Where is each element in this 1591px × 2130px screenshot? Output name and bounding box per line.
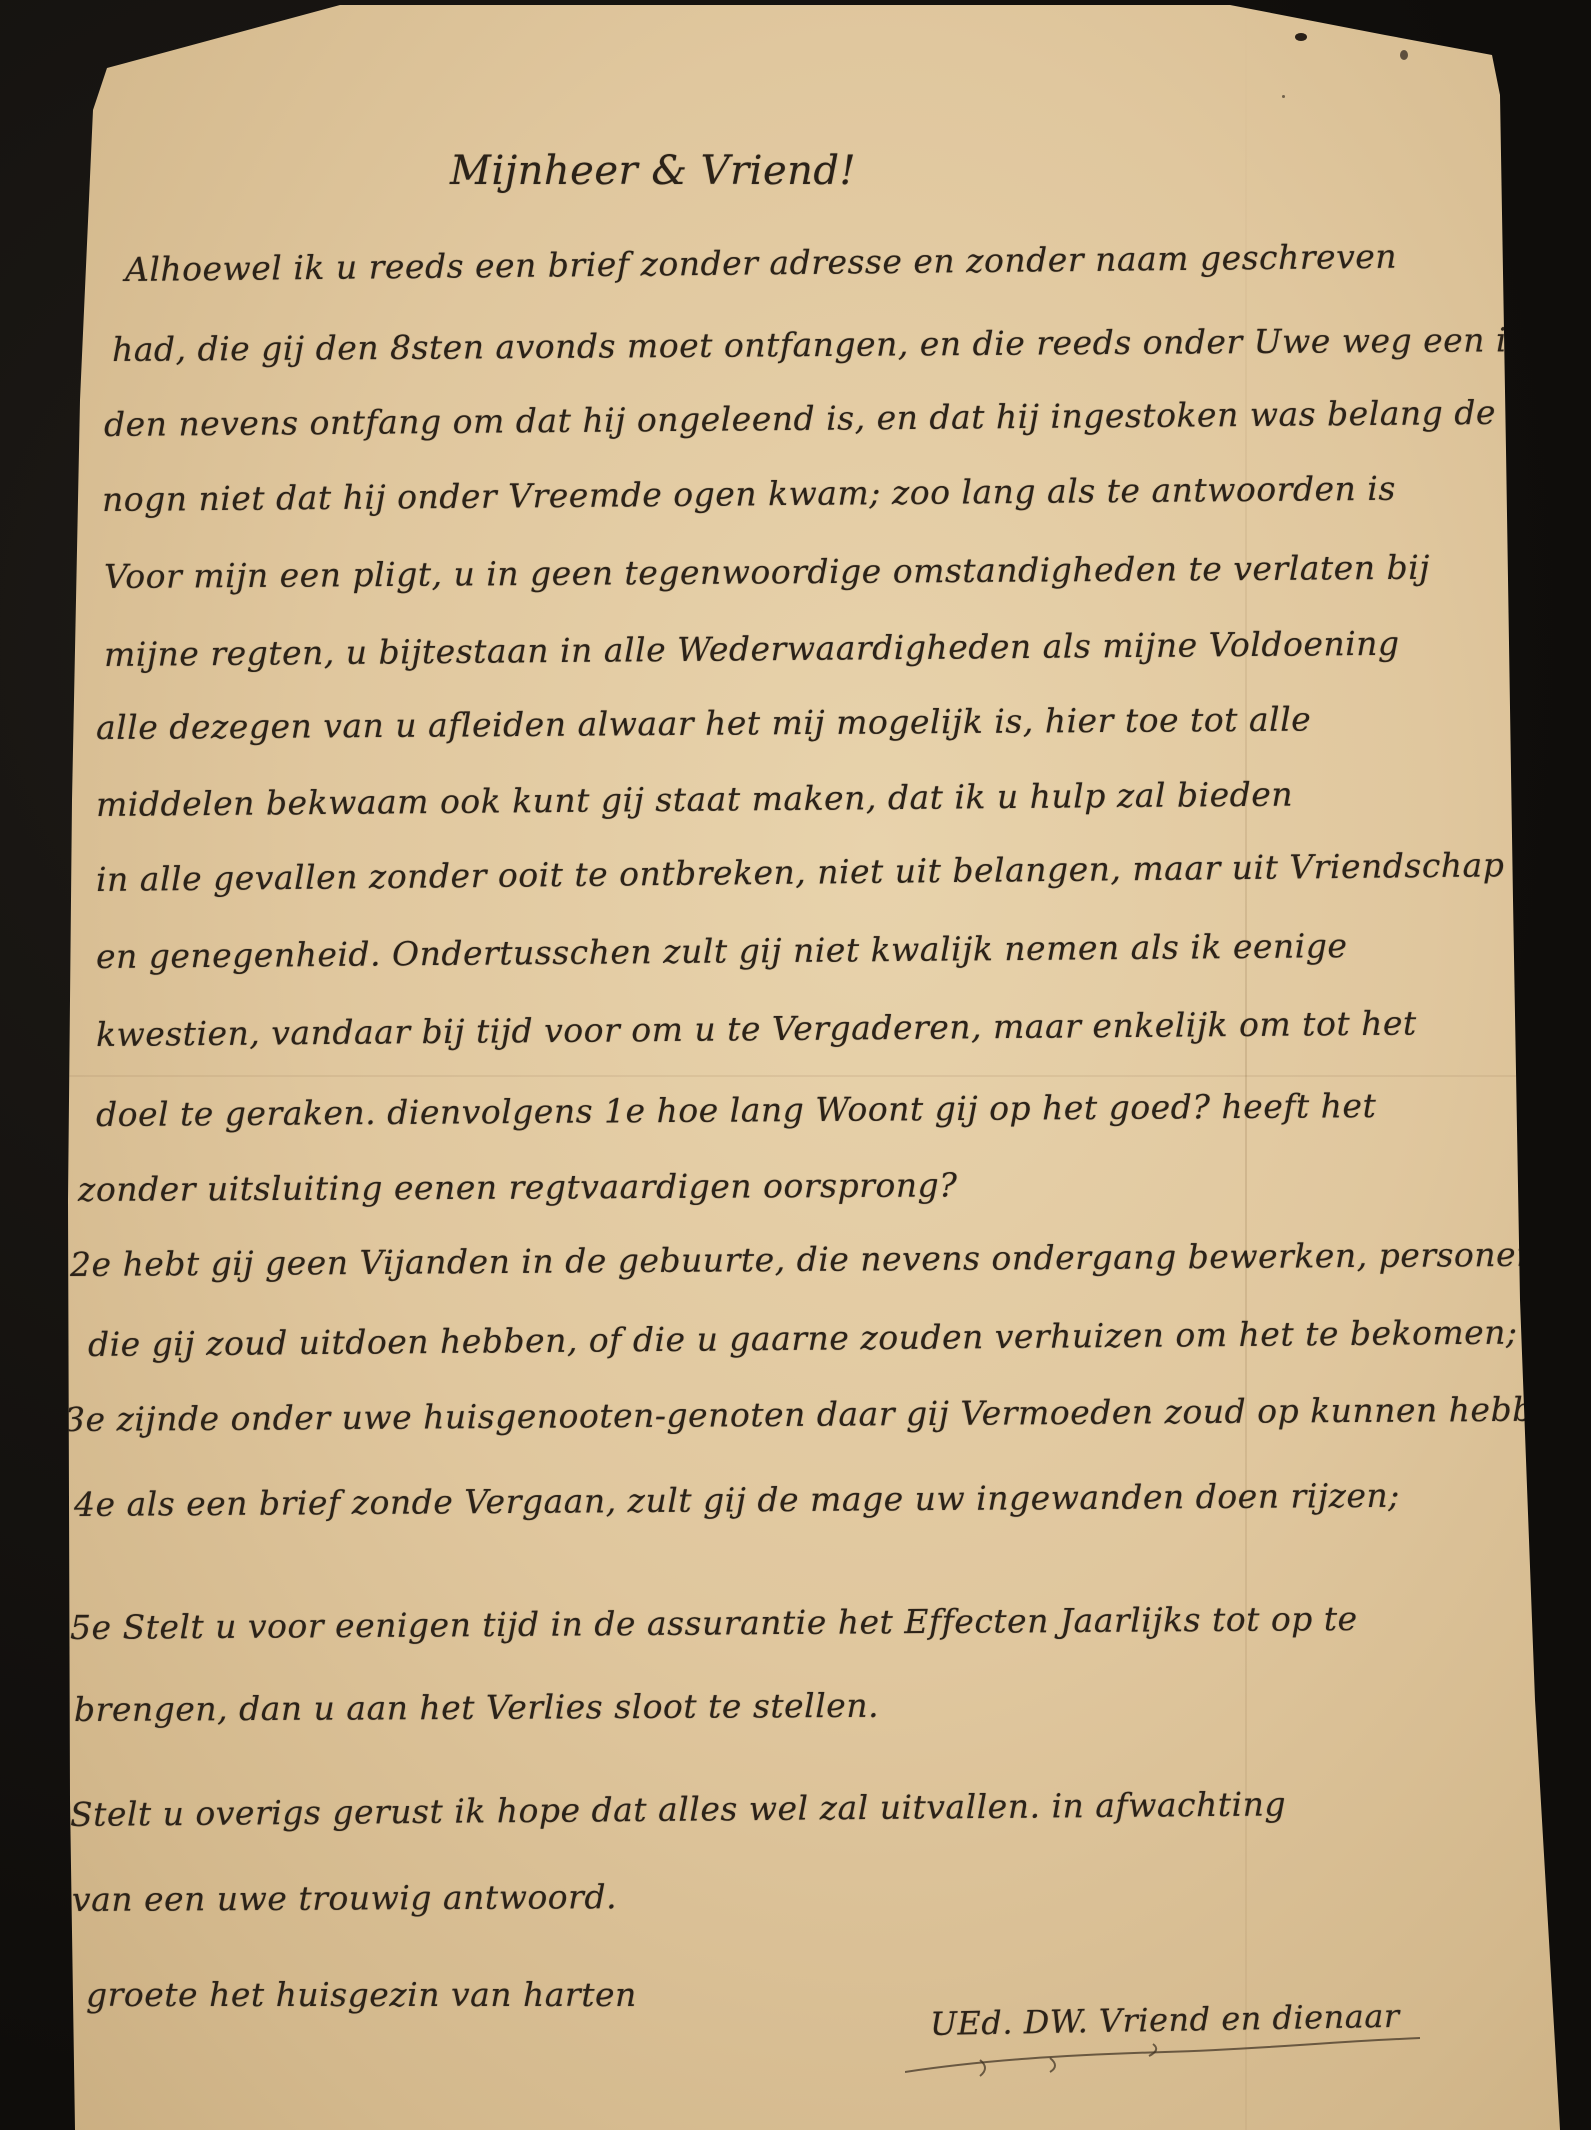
letter-sheet: Mijnheer & Vriend! Alhoewel ik u reeds e… xyxy=(0,0,1591,2130)
body-line-8: middelen bekwaam ook kunt gij staat make… xyxy=(96,775,1293,824)
body-line-2: had, die gij den 8sten avonds moet ontfa… xyxy=(112,320,1528,369)
closing-line-1: Stelt u overigs gerust ik hope dat alles… xyxy=(70,1784,1286,1834)
ink-speck xyxy=(1295,33,1307,41)
body-line-6: mijne regten, u bijtestaan in alle Weder… xyxy=(104,624,1400,674)
body-line-4: nogn niet dat hij onder Vreemde ogen kwa… xyxy=(102,469,1396,519)
question-3-line: 3e zijnde onder uwe huisgenooten-genoten… xyxy=(64,1389,1587,1439)
closing-line-2: van een uwe trouwig antwoord. xyxy=(72,1877,617,1919)
body-line-3: den nevens ontfang om dat hij ongeleend … xyxy=(104,392,1563,444)
body-line-5: Voor mijn een pligt, u in geen tegenwoor… xyxy=(104,548,1430,596)
signature-flourish-icon xyxy=(905,2030,1425,2080)
closing-greeting: groete het huisgezin van harten xyxy=(86,1975,637,2014)
question-5-continued: brengen, dan u aan het Verlies sloot te … xyxy=(74,1686,879,1729)
salutation: Mijnheer & Vriend! xyxy=(450,148,856,194)
ink-speck xyxy=(1400,50,1408,60)
question-2-line: 2e hebt gij geen Vijanden in de gebuurte… xyxy=(70,1235,1538,1284)
body-line-12: doel te geraken. dienvolgens 1e hoe lang… xyxy=(96,1086,1377,1134)
body-line-11: kwestien, vandaar bij tijd voor om u te … xyxy=(96,1003,1417,1054)
body-line-13: zonder uitsluiting eenen regtvaardigen o… xyxy=(78,1165,958,1209)
body-line-1: Alhoewel ik u reeds een brief zonder adr… xyxy=(125,237,1397,289)
question-4-line: 4e als een brief zonde Vergaan, zult gij… xyxy=(74,1476,1400,1524)
body-line-9: in alle gevallen zonder ooit te ontbreke… xyxy=(96,845,1505,899)
body-line-10: en genegenheid. Ondertusschen zult gij n… xyxy=(96,926,1348,976)
question-2-continued: die gij zoud uitdoen hebben, of die u ga… xyxy=(88,1313,1518,1364)
ink-speck xyxy=(1282,95,1285,98)
body-line-7: alle dezegen van u afleiden alwaar het m… xyxy=(96,700,1311,747)
question-5-line: 5e Stelt u voor eenigen tijd in de assur… xyxy=(70,1599,1358,1647)
